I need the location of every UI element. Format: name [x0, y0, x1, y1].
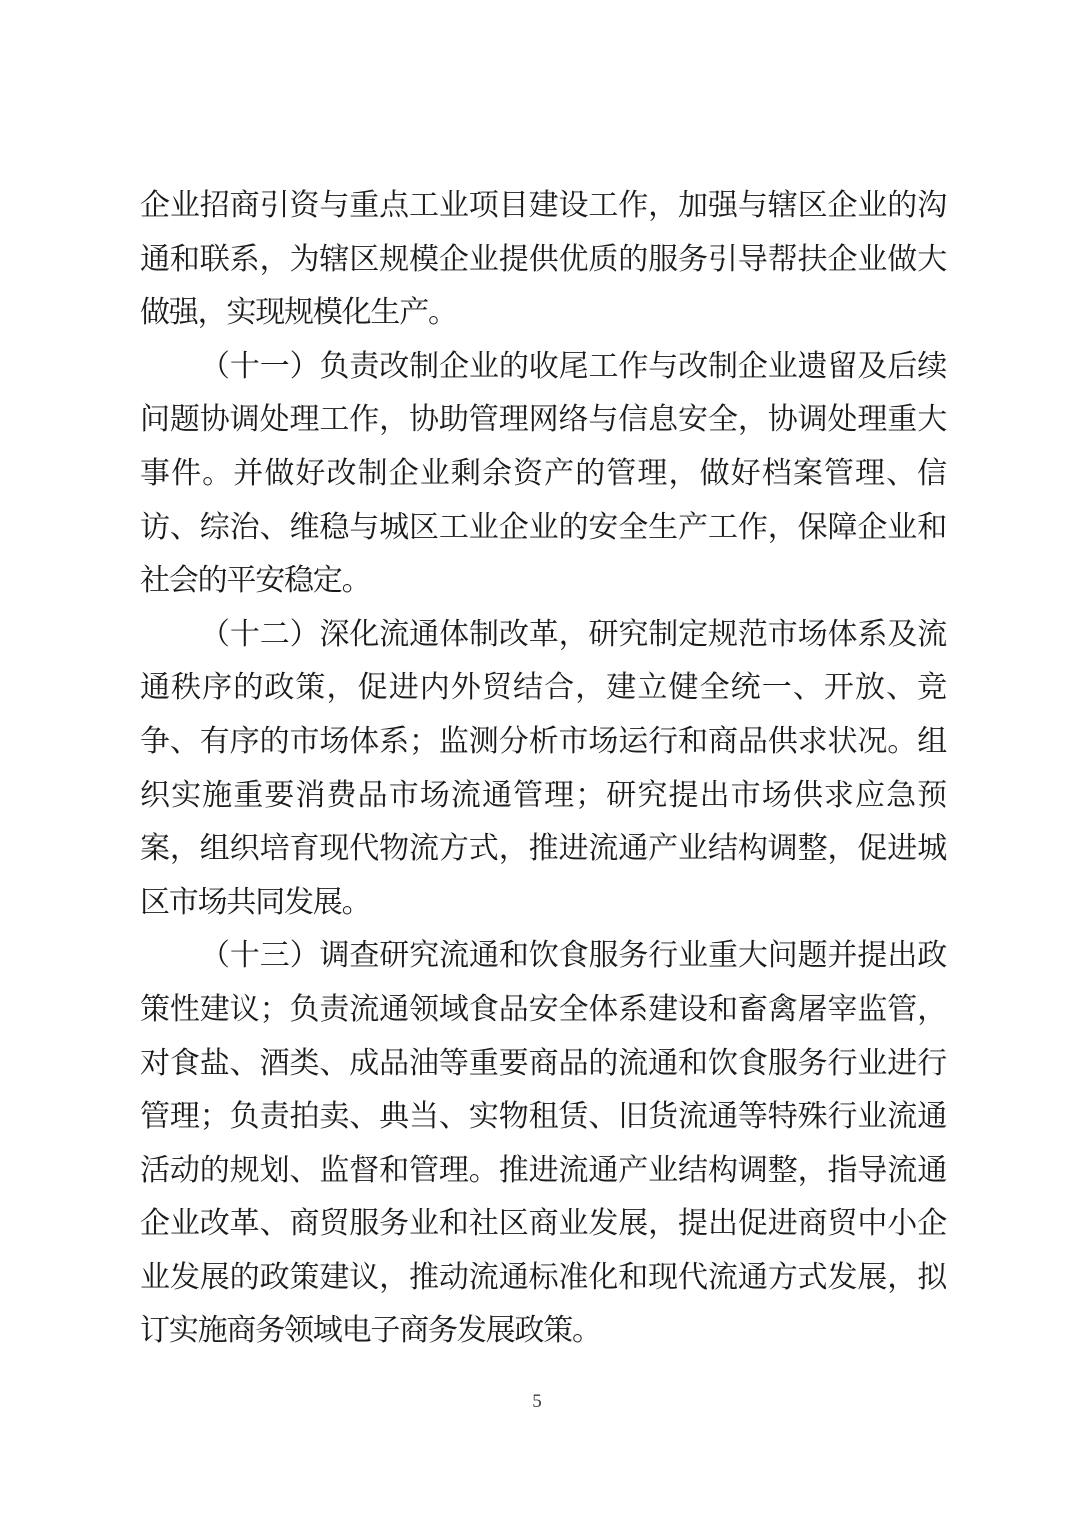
paragraph-item-12: （十二）深化流通体制改革，研究制定规范市场体系及流通秩序的政策，促进内外贸结合，… [140, 608, 946, 930]
paragraph-continuation: 企业招商引资与重点工业项目建设工作，加强与辖区企业的沟通和联系，为辖区规模企业提… [140, 179, 946, 340]
page-number: 5 [0, 1390, 1074, 1414]
document-page: 企业招商引资与重点工业项目建设工作，加强与辖区企业的沟通和联系，为辖区规模企业提… [0, 0, 1074, 1520]
paragraph-item-11: （十一）负责改制企业的收尾工作与改制企业遗留及后续问题协调处理工作，协助管理网络… [140, 340, 946, 608]
paragraph-item-13: （十三）调查研究流通和饮食服务行业重大问题并提出政策性建议；负责流通领域食品安全… [140, 929, 946, 1358]
document-body: 企业招商引资与重点工业项目建设工作，加强与辖区企业的沟通和联系，为辖区规模企业提… [140, 179, 946, 1358]
